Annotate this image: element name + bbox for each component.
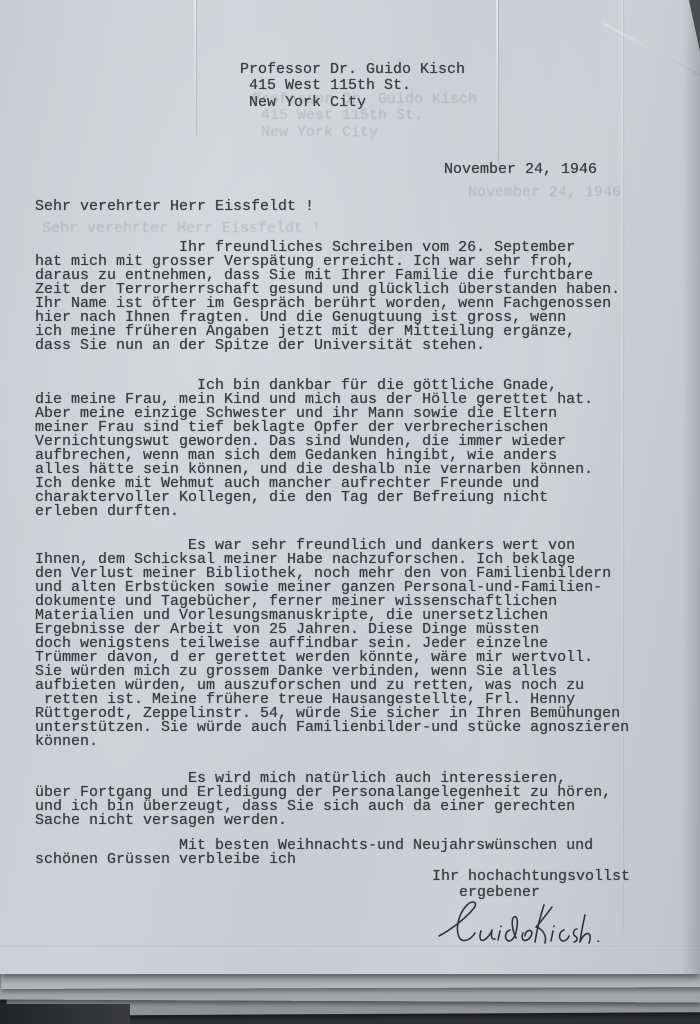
letter-paragraph: Ich bin dankbar für die göttliche Gnade,…: [35, 379, 593, 519]
letter-salutation: Sehr verehrter Herr Eissfeldt !: [35, 200, 314, 214]
letter-paragraph: Es war sehr freundlich und dankers wert …: [35, 539, 629, 749]
sender-address: Professor Dr. Guido Kisch 415 West 115th…: [240, 62, 465, 111]
desk-surface-shadow: [0, 1004, 130, 1024]
letter-paragraph: Ihr freundliches Schreiben vom 26. Septe…: [35, 241, 620, 353]
paper-crease: [621, 0, 623, 930]
handwritten-signature: [436, 896, 604, 954]
scanned-letter-page: Professor Dr. Guido Kisch 415 West 115th…: [0, 0, 700, 1024]
letter-paragraph: Es wird mich natürlich auch interessiere…: [35, 772, 611, 828]
letter-date: November 24, 1946: [444, 163, 597, 177]
bleedthrough-salutation-text: Sehr verehrter Herr Eissfeldt !: [42, 222, 321, 236]
letter-closing: Mit besten Weihnachts-und Neujahrswünsch…: [35, 839, 593, 867]
letter-paper: Professor Dr. Guido Kisch 415 West 115th…: [0, 0, 700, 974]
bleedthrough-date-text: November 24, 1946: [468, 186, 621, 200]
signature-icon: [436, 896, 604, 954]
paper-crease: [496, 0, 498, 165]
page-edge-shading: [682, 0, 700, 974]
paper-crease: [194, 0, 196, 135]
